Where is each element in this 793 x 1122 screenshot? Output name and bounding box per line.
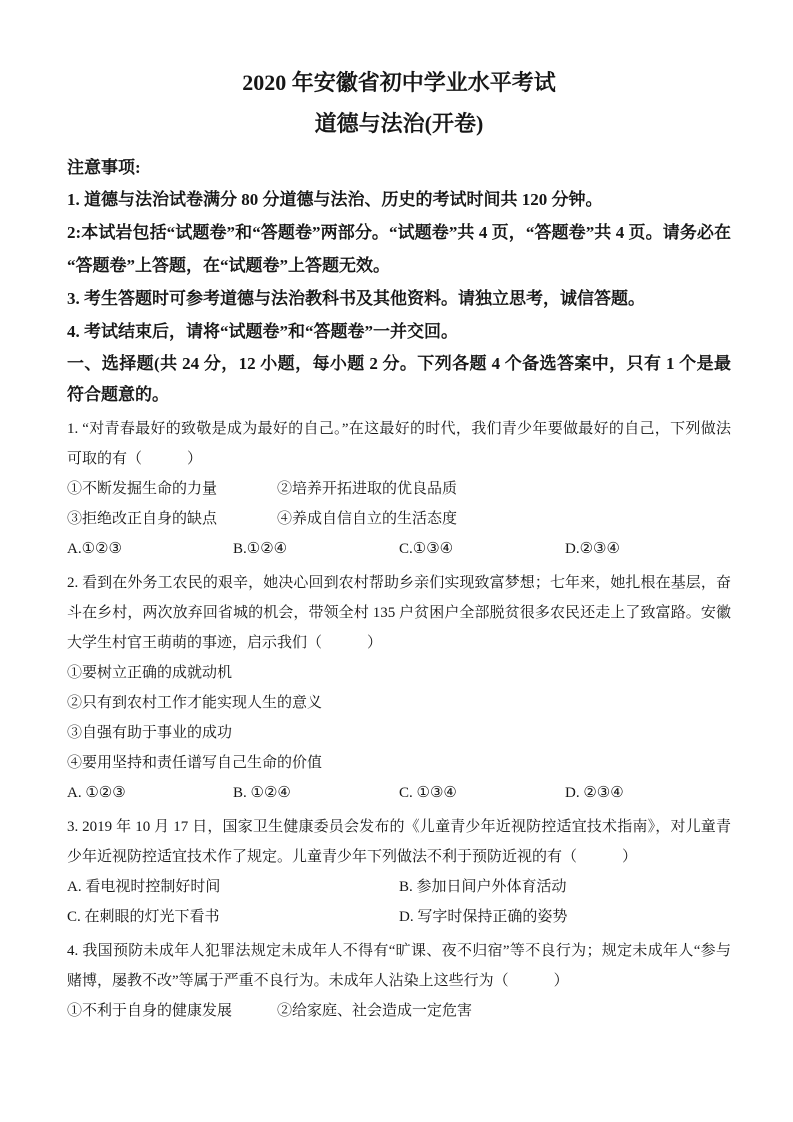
question-1-stem: 1. “对青春最好的致敬是成为最好的自己。”在这最好的时代，我们青少年要做最好的… [67,414,731,474]
choice-b: B. 参加日间户外体育活动 [399,872,731,902]
question-2: 2. 看到在外务工农民的艰辛，她决心回到农村帮助乡亲们实现致富梦想；七年来，她扎… [67,568,731,808]
question-4-stem: 4. 我国预防未成年人犯罪法规定未成年人不得有“旷课、夜不归宿”等不良行为；规定… [67,936,731,996]
option-item: ④要用坚持和责任谱写自己生命的价值 [67,748,731,778]
notice-heading: 注意事项: [67,152,731,183]
choice-b: B. ①②④ [233,778,399,808]
choice-c: C. 在刺眼的灯光下看书 [67,902,399,932]
question-2-stem: 2. 看到在外务工农民的艰辛，她决心回到农村帮助乡亲们实现致富梦想；七年来，她扎… [67,568,731,658]
choice-d: D. 写字时保持正确的姿势 [399,902,731,932]
question-1-option-row-2: ③拒绝改正自身的缺点 ④养成自信自立的生活态度 [67,504,731,534]
exam-title: 2020 年安徽省初中学业水平考试 [67,68,731,98]
option-item: ③拒绝改正自身的缺点 [67,504,277,534]
option-item: ③自强有助于事业的成功 [67,718,731,748]
section-heading: 一、选择题(共 24 分，12 小题，每小题 2 分。下列各题 4 个备选答案中… [67,348,731,410]
question-1-option-row-1: ①不断发掘生命的力量 ②培养开拓进取的优良品质 [67,474,731,504]
choice-a: A.①②③ [67,534,233,564]
choice-c: C. ①③④ [399,778,565,808]
choice-b: B.①②④ [233,534,399,564]
choice-a: A. ①②③ [67,778,233,808]
option-item: ①不断发掘生命的力量 [67,474,277,504]
exam-subtitle: 道德与法治(开卷) [67,109,731,139]
question-3-stem: 3. 2019 年 10 月 17 日，国家卫生健康委员会发布的《儿童青少年近视… [67,812,731,872]
choice-d: D. ②③④ [565,778,731,808]
option-item: ②给家庭、社会造成一定危害 [277,996,731,1026]
option-item: ④养成自信自立的生活态度 [277,504,731,534]
question-2-choices: A. ①②③ B. ①②④ C. ①③④ D. ②③④ [67,778,731,808]
option-item: ①要树立正确的成就动机 [67,658,731,688]
option-item: ②只有到农村工作才能实现人生的意义 [67,688,731,718]
notice-item-1: 1. 道德与法治试卷满分 80 分道德与法治、历史的考试时间共 120 分钟。 [67,183,731,216]
question-1: 1. “对青春最好的致敬是成为最好的自己。”在这最好的时代，我们青少年要做最好的… [67,414,731,564]
exam-paper-page: 2020 年安徽省初中学业水平考试 道德与法治(开卷) 注意事项: 1. 道德与… [0,0,793,1122]
question-3: 3. 2019 年 10 月 17 日，国家卫生健康委员会发布的《儿童青少年近视… [67,812,731,932]
question-1-choices: A.①②③ B.①②④ C.①③④ D.②③④ [67,534,731,564]
option-item: ②培养开拓进取的优良品质 [277,474,731,504]
choice-c: C.①③④ [399,534,565,564]
option-item: ①不利于自身的健康发展 [67,996,277,1026]
choice-d: D.②③④ [565,534,731,564]
notice-list: 1. 道德与法治试卷满分 80 分道德与法治、历史的考试时间共 120 分钟。 … [67,183,731,348]
choice-a: A. 看电视时控制好时间 [67,872,399,902]
question-4-option-row-1: ①不利于自身的健康发展 ②给家庭、社会造成一定危害 [67,996,731,1026]
notice-item-3: 3. 考生答题时可参考道德与法治教科书及其他资料。请独立思考，诚信答题。 [67,282,731,315]
notice-item-2: 2:本试岩包括“试题卷”和“答题卷”两部分。“试题卷”共 4 页，“答题卷”共 … [67,216,731,282]
question-3-choice-row-2: C. 在刺眼的灯光下看书 D. 写字时保持正确的姿势 [67,902,731,932]
question-3-choice-row-1: A. 看电视时控制好时间 B. 参加日间户外体育活动 [67,872,731,902]
question-4: 4. 我国预防未成年人犯罪法规定未成年人不得有“旷课、夜不归宿”等不良行为；规定… [67,936,731,1026]
notice-item-4: 4. 考试结束后，请将“试题卷”和“答题卷”一并交回。 [67,315,731,348]
